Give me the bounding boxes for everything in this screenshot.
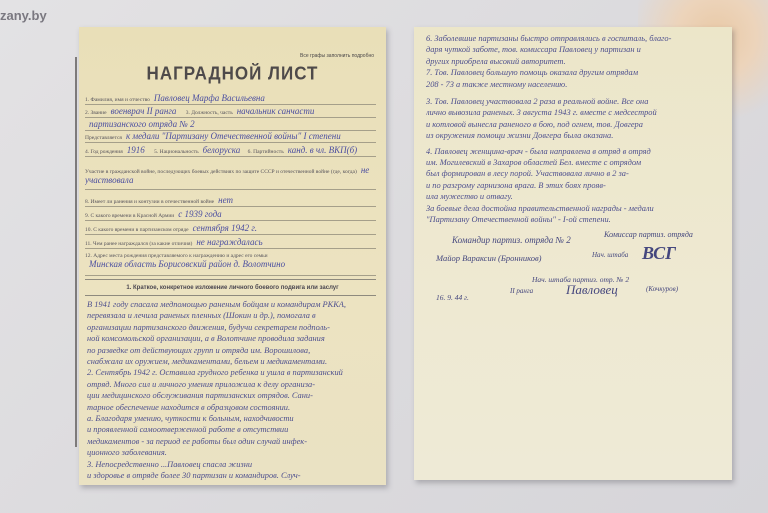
document-date: 16. 9. 44 г. <box>436 293 469 302</box>
field-rank: 2. Званиевоенврач II ранга 3. Должность,… <box>85 106 376 118</box>
section-heading: 1. Краткое, конкретное изложение личного… <box>79 285 386 291</box>
field-birth-year: 4. Год рождения1916 5. Национальностьбел… <box>85 145 376 157</box>
field-red-army: 9. С какого времени в Красной Армиис 193… <box>85 209 376 221</box>
top-note: Все графы заполнить подробно <box>300 53 374 59</box>
document-title: НАГРАДНОЙ ЛИСТ <box>79 63 386 85</box>
commander-label: Командир партиз. отряда № 2 <box>452 235 571 245</box>
watermark: zany.by <box>0 8 47 23</box>
signature-scrawl: ВСГ <box>642 243 676 264</box>
deputy-label: Нач. штаба <box>592 251 628 259</box>
merit-narrative: В 1941 году спасала медпомощью раненым б… <box>87 299 379 482</box>
field-name: 1. Фамилия, имя и отчествоПавловец Марфа… <box>85 93 376 105</box>
award-sheet-back: 6. Заболевшие партизаны быстро отправлял… <box>414 27 732 480</box>
field-unit: партизанского отряда № 2 <box>85 119 376 131</box>
field-civil-war: Участие в гражданской войне, последующих… <box>85 165 376 190</box>
rank-label: II ранга <box>510 287 533 295</box>
field-partisan: 10. С какого времени в партизанском отря… <box>85 223 376 235</box>
field-wounds: 8. Имеет ли ранения и контузии в отечест… <box>85 195 376 207</box>
field-address: 12. Адрес места рождения представляемого… <box>85 253 376 276</box>
merit-narrative-continued: 6. Заболевшие партизаны быстро отправлял… <box>426 33 726 226</box>
commissar-label: Комиссар партиз. отряда <box>604 230 693 239</box>
divider <box>85 279 376 280</box>
commander-name: Майор Вараксин (Бронников) <box>436 253 542 263</box>
extra-name: (Кочкуров) <box>646 285 678 293</box>
field-previous-awards: 11. Чем ранее награждался (за какие отли… <box>85 237 376 249</box>
signed-name: Павловец <box>566 282 618 298</box>
divider <box>85 295 376 296</box>
award-sheet-front: Все графы заполнить подробно НАГРАДНОЙ Л… <box>79 27 386 485</box>
field-nominated-for: Представляетсяк медали "Партизану Отечес… <box>85 131 376 143</box>
